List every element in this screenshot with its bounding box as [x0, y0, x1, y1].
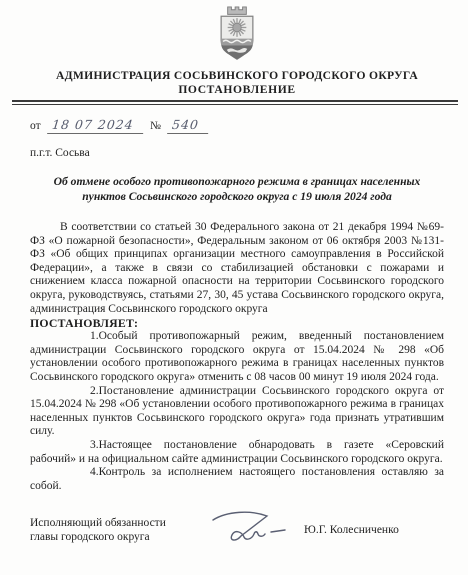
resolves-label: ПОСТАНОВЛЯЕТ: [30, 316, 444, 330]
place-name: п.г.т. Сосьва [30, 147, 444, 159]
document-type-title: ПОСТАНОВЛЕНИЕ [30, 83, 444, 97]
resolution-item-1: 1.Особый противопожарный режим, введенны… [30, 330, 444, 384]
organization-title: АДМИНИСТРАЦИЯ СОСЬВИНСКОГО ГОРОДСКОГО ОК… [30, 69, 444, 83]
signature-block: Исполняющий обязанности главы городского… [30, 506, 444, 553]
intro-paragraph: В соответствии со статьей 30 Федеральног… [30, 221, 444, 316]
signer-position: Исполняющий обязанности главы городского… [30, 516, 200, 544]
item-number: 1. [60, 330, 99, 344]
document-title-line1: Об отмене особого противопожарного режим… [30, 175, 444, 190]
signature-script [200, 506, 304, 553]
signature-icon [207, 506, 297, 548]
signer-position-line1: Исполняющий обязанности [30, 516, 200, 530]
document-body: В соответствии со статьей 30 Федеральног… [30, 221, 444, 493]
date-prefix: от [30, 120, 41, 132]
number-prefix: № [150, 120, 161, 132]
document-title-line2: пунктов Сосьвинского городского округа с… [30, 190, 444, 205]
emblem-container [30, 6, 444, 67]
header-divider [12, 100, 458, 105]
handwritten-date: 18 07 2024 [47, 117, 144, 134]
resolution-item-2: 2.Постановление администрации Сосьвинско… [30, 385, 444, 439]
coat-of-arms-icon [214, 6, 260, 62]
item-number: 4. [60, 466, 99, 480]
document-page: АДМИНИСТРАЦИЯ СОСЬВИНСКОГО ГОРОДСКОГО ОК… [0, 0, 468, 575]
item-number: 2. [60, 385, 99, 399]
handwritten-number: 540 [167, 117, 210, 134]
resolution-item-4: 4.Контроль за исполнением настоящего пос… [30, 466, 444, 493]
item-number: 3. [60, 439, 99, 453]
document-title: Об отмене особого противопожарного режим… [30, 175, 444, 204]
date-number-line: от 18 07 2024 № 540 [30, 117, 444, 134]
signer-position-line2: главы городского округа [30, 530, 200, 544]
resolution-item-3: 3.Настоящее постановление обнародовать в… [30, 439, 444, 466]
signer-name: Ю.Г. Колесниченко [304, 524, 444, 536]
